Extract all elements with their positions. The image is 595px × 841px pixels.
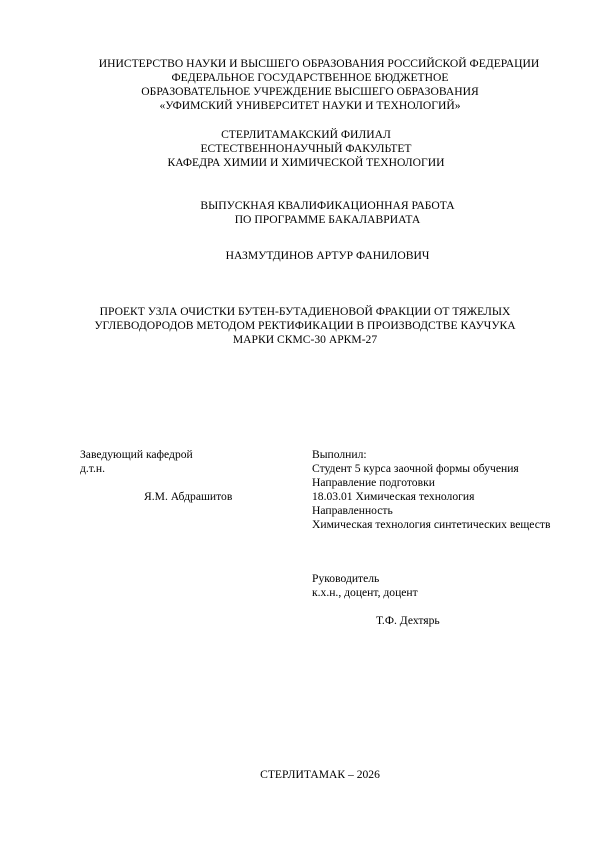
- ministry-header: ИНИСТЕРСТВО НАУКИ И ВЫСШЕГО ОБРАЗОВАНИЯ …: [0, 57, 595, 113]
- supervisor-degree: к.х.н., доцент, доцент: [312, 586, 440, 600]
- university-name: «УФИМСКИЙ УНИВЕРСИТЕТ НАУКИ И ТЕХНОЛОГИЙ…: [0, 99, 595, 113]
- supervisor-label: Руководитель: [312, 572, 440, 586]
- performer-label: Выполнил:: [312, 448, 550, 462]
- thesis-title: ПРОЕКТ УЗЛА ОЧИСТКИ БУТЕН-БУТАДИЕНОВОЙ Ф…: [0, 305, 595, 347]
- city-year: СТЕРЛИТАМАК – 2026: [0, 768, 595, 782]
- thesis-title-line: УГЛЕВОДОРОДОВ МЕТОДОМ РЕКТИФИКАЦИИ В ПРО…: [0, 319, 595, 333]
- head-degree: д.т.н.: [80, 462, 232, 476]
- author-name: НАЗМУТДИНОВ АРТУР ФАНИЛОВИЧ: [0, 249, 595, 263]
- branch-info: СТЕРЛИТАМАКСКИЙ ФИЛИАЛ ЕСТЕСТВЕННОНАУЧНЫ…: [0, 128, 595, 170]
- supervisor-info: Руководитель к.х.н., доцент, доцент Т.Ф.…: [312, 572, 440, 628]
- direction-label: Направление подготовки: [312, 476, 550, 490]
- thesis-title-line: ПРОЕКТ УЗЛА ОЧИСТКИ БУТЕН-БУТАДИЕНОВОЙ Ф…: [0, 305, 595, 319]
- title-page: ИНИСТЕРСТВО НАУКИ И ВЫСШЕГО ОБРАЗОВАНИЯ …: [0, 0, 595, 841]
- program-line: ПО ПРОГРАММЕ БАКАЛАВРИАТА: [0, 213, 595, 227]
- performer-info: Выполнил: Студент 5 курса заочной формы …: [312, 448, 550, 532]
- head-name: Я.М. Абдрашитов: [80, 490, 232, 504]
- author-block: НАЗМУТДИНОВ АРТУР ФАНИЛОВИЧ: [0, 249, 595, 263]
- city-year-footer: СТЕРЛИТАМАК – 2026: [0, 768, 595, 782]
- supervisor-name: Т.Ф. Дехтярь: [312, 614, 440, 628]
- focus-value: Химическая технология синтетических веще…: [312, 518, 550, 532]
- institution-type-line: ФЕДЕРАЛЬНОЕ ГОСУДАРСТВЕННОЕ БЮДЖЕТНОЕ: [0, 71, 595, 85]
- branch-name: СТЕРЛИТАМАКСКИЙ ФИЛИАЛ: [0, 128, 595, 142]
- head-of-department: Заведующий кафедрой д.т.н. Я.М. Абдрашит…: [80, 448, 232, 504]
- institution-type-line-2: ОБРАЗОВАТЕЛЬНОЕ УЧРЕЖДЕНИЕ ВЫСШЕГО ОБРАЗ…: [0, 85, 595, 99]
- performer-student: Студент 5 курса заочной формы обучения: [312, 462, 550, 476]
- direction-value: 18.03.01 Химическая технология: [312, 490, 550, 504]
- department-name: КАФЕДРА ХИМИИ И ХИМИЧЕСКОЙ ТЕХНОЛОГИИ: [0, 156, 595, 170]
- focus-label: Направленность: [312, 504, 550, 518]
- head-role: Заведующий кафедрой: [80, 448, 232, 462]
- work-type-line: ВЫПУСКНАЯ КВАЛИФИКАЦИОННАЯ РАБОТА: [0, 199, 595, 213]
- work-type: ВЫПУСКНАЯ КВАЛИФИКАЦИОННАЯ РАБОТА ПО ПРО…: [0, 199, 595, 227]
- ministry-line: ИНИСТЕРСТВО НАУКИ И ВЫСШЕГО ОБРАЗОВАНИЯ …: [0, 57, 595, 71]
- thesis-title-line: МАРКИ СКМС-30 АРКМ-27: [0, 333, 595, 347]
- faculty-name: ЕСТЕСТВЕННОНАУЧНЫЙ ФАКУЛЬТЕТ: [0, 142, 595, 156]
